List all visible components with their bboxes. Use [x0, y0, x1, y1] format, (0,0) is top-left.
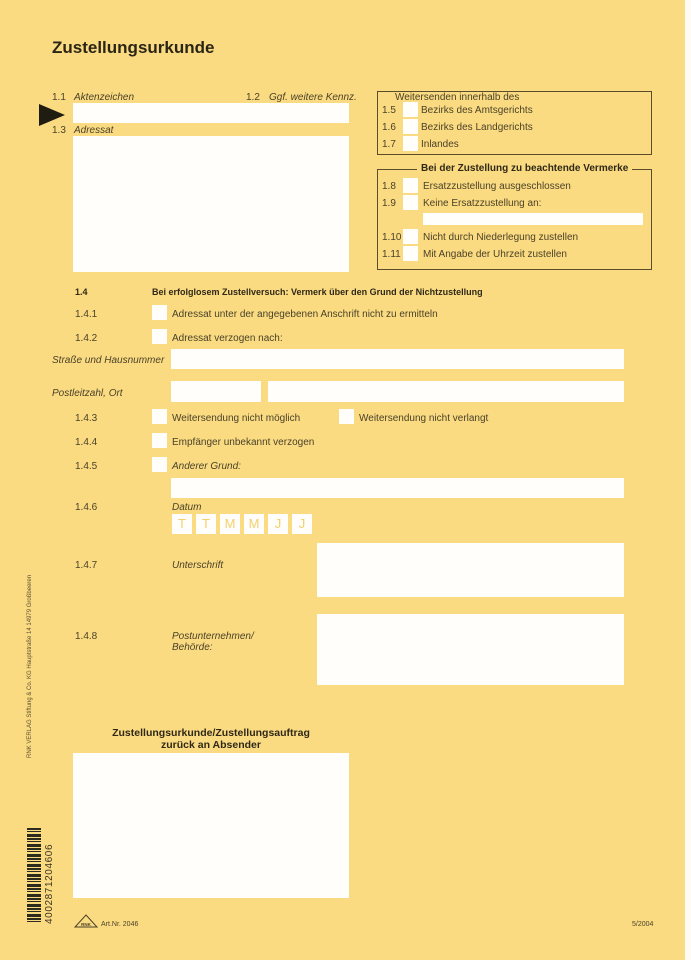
field-number-1-4-4: 1.4.4 [75, 437, 97, 448]
arrow-marker-icon [39, 104, 65, 126]
aktenzeichen-label: Aktenzeichen [74, 92, 134, 103]
label-1-4-1: Adressat unter der angegebenen Anschrift… [172, 309, 438, 320]
label-1-4-4: Empfänger unbekannt verzogen [172, 437, 314, 448]
return-heading: Zustellungsurkunde/Zustellungsauftrag zu… [73, 727, 349, 751]
field-number-1-4-6: 1.4.6 [75, 502, 97, 513]
section-1-4-heading: Bei erfolglosem Zustellversuch: Vermerk … [152, 287, 483, 297]
checkbox-1-4-3-a[interactable] [152, 409, 167, 424]
field-number-1-9: 1.9 [382, 198, 396, 209]
field-number-1-4-3: 1.4.3 [75, 413, 97, 424]
label-1-9: Keine Ersatzzustellung an: [423, 198, 541, 209]
label-1-11: Mit Angabe der Uhrzeit zustellen [423, 249, 567, 260]
field-number-1-4-2: 1.4.2 [75, 333, 97, 344]
postal-agency-field[interactable] [317, 614, 624, 685]
publisher-imprint: RNK VERLAG Stiftung & Co. KG Hauptstraße… [27, 575, 33, 758]
barcode-icon [27, 828, 41, 924]
field-number-1-11: 1.11 [382, 249, 401, 260]
postal-agency-label-line2: Behörde: [172, 642, 213, 653]
return-heading-line2: zurück an Absender [73, 739, 349, 751]
field-number-1-3: 1.3 [52, 125, 66, 136]
form-page: Zustellungsurkunde 1.1 Aktenzeichen 1.2 … [0, 0, 685, 960]
field-number-1-7: 1.7 [382, 139, 396, 150]
checkbox-1-4-2[interactable] [152, 329, 167, 344]
field-number-1-6: 1.6 [382, 122, 396, 133]
notes-box-legend: Bei der Zustellung zu beachtende Vermerk… [417, 163, 632, 174]
label-1-6: Bezirks des Landgerichts [421, 122, 533, 133]
checkbox-1-5[interactable] [403, 102, 418, 117]
checkbox-1-11[interactable] [403, 246, 418, 261]
return-heading-line1: Zustellungsurkunde/Zustellungsauftrag [73, 727, 349, 739]
return-address-field[interactable] [73, 753, 349, 898]
checkbox-1-6[interactable] [403, 119, 418, 134]
ersatzzustellung-recipient-field[interactable] [423, 213, 643, 225]
signature-label: Unterschrift [172, 560, 223, 571]
checkbox-1-10[interactable] [403, 229, 418, 244]
label-1-8: Ersatzzustellung ausgeschlossen [423, 181, 571, 192]
street-label: Straße und Hausnummer [52, 355, 164, 366]
checkbox-1-9[interactable] [403, 195, 418, 210]
page-title: Zustellungsurkunde [52, 38, 214, 58]
field-number-1-10: 1.10 [382, 232, 401, 243]
section-number-1-4: 1.4 [75, 287, 88, 297]
checkbox-1-4-1[interactable] [152, 305, 167, 320]
zip-field[interactable] [171, 381, 261, 402]
checkbox-1-8[interactable] [403, 178, 418, 193]
edition-date: 5/2004 [632, 921, 653, 928]
date-day-1[interactable]: T [172, 514, 192, 534]
label-1-5: Bezirks des Amtsgerichts [421, 105, 533, 116]
checkbox-1-4-3-b[interactable] [339, 409, 354, 424]
date-year-2[interactable]: J [292, 514, 312, 534]
field-number-1-8: 1.8 [382, 181, 396, 192]
rnk-logo-icon: RNK [74, 914, 98, 928]
barcode-number: 4002871204606 [44, 844, 55, 924]
label-1-4-2: Adressat verzogen nach: [172, 333, 283, 344]
street-field[interactable] [171, 349, 624, 369]
aktenzeichen-field[interactable] [73, 103, 349, 123]
field-number-1-2: 1.2 [246, 92, 260, 103]
checkbox-1-7[interactable] [403, 136, 418, 151]
article-number: Art.Nr. 2046 [101, 921, 138, 928]
city-field[interactable] [268, 381, 624, 402]
checkbox-1-4-4[interactable] [152, 433, 167, 448]
label-1-7: Inlandes [421, 139, 459, 150]
date-year-1[interactable]: J [268, 514, 288, 534]
label-1-4-3-a: Weitersendung nicht möglich [172, 413, 300, 424]
svg-text:RNK: RNK [81, 922, 91, 927]
field-number-1-1: 1.1 [52, 92, 66, 103]
field-number-1-4-8: 1.4.8 [75, 631, 97, 642]
date-month-2[interactable]: M [244, 514, 264, 534]
label-1-10: Nicht durch Niederlegung zustellen [423, 232, 578, 243]
field-number-1-4-1: 1.4.1 [75, 309, 97, 320]
field-number-1-4-7: 1.4.7 [75, 560, 97, 571]
label-1-4-5: Anderer Grund: [172, 461, 241, 472]
field-number-1-4-5: 1.4.5 [75, 461, 97, 472]
adressat-label: Adressat [74, 125, 113, 136]
label-1-4-3-b: Weitersendung nicht verlangt [359, 413, 488, 424]
zip-city-label: Postleitzahl, Ort [52, 388, 123, 399]
other-reason-field[interactable] [171, 478, 624, 498]
date-label: Datum [172, 502, 201, 513]
weitere-kennz-label: Ggf. weitere Kennz. [269, 92, 357, 103]
postal-agency-label-line1: Postunternehmen/ [172, 631, 254, 642]
date-month-1[interactable]: M [220, 514, 240, 534]
field-number-1-5: 1.5 [382, 105, 396, 116]
signature-field[interactable] [317, 543, 624, 597]
checkbox-1-4-5[interactable] [152, 457, 167, 472]
adressat-field[interactable] [73, 136, 349, 272]
date-day-2[interactable]: T [196, 514, 216, 534]
